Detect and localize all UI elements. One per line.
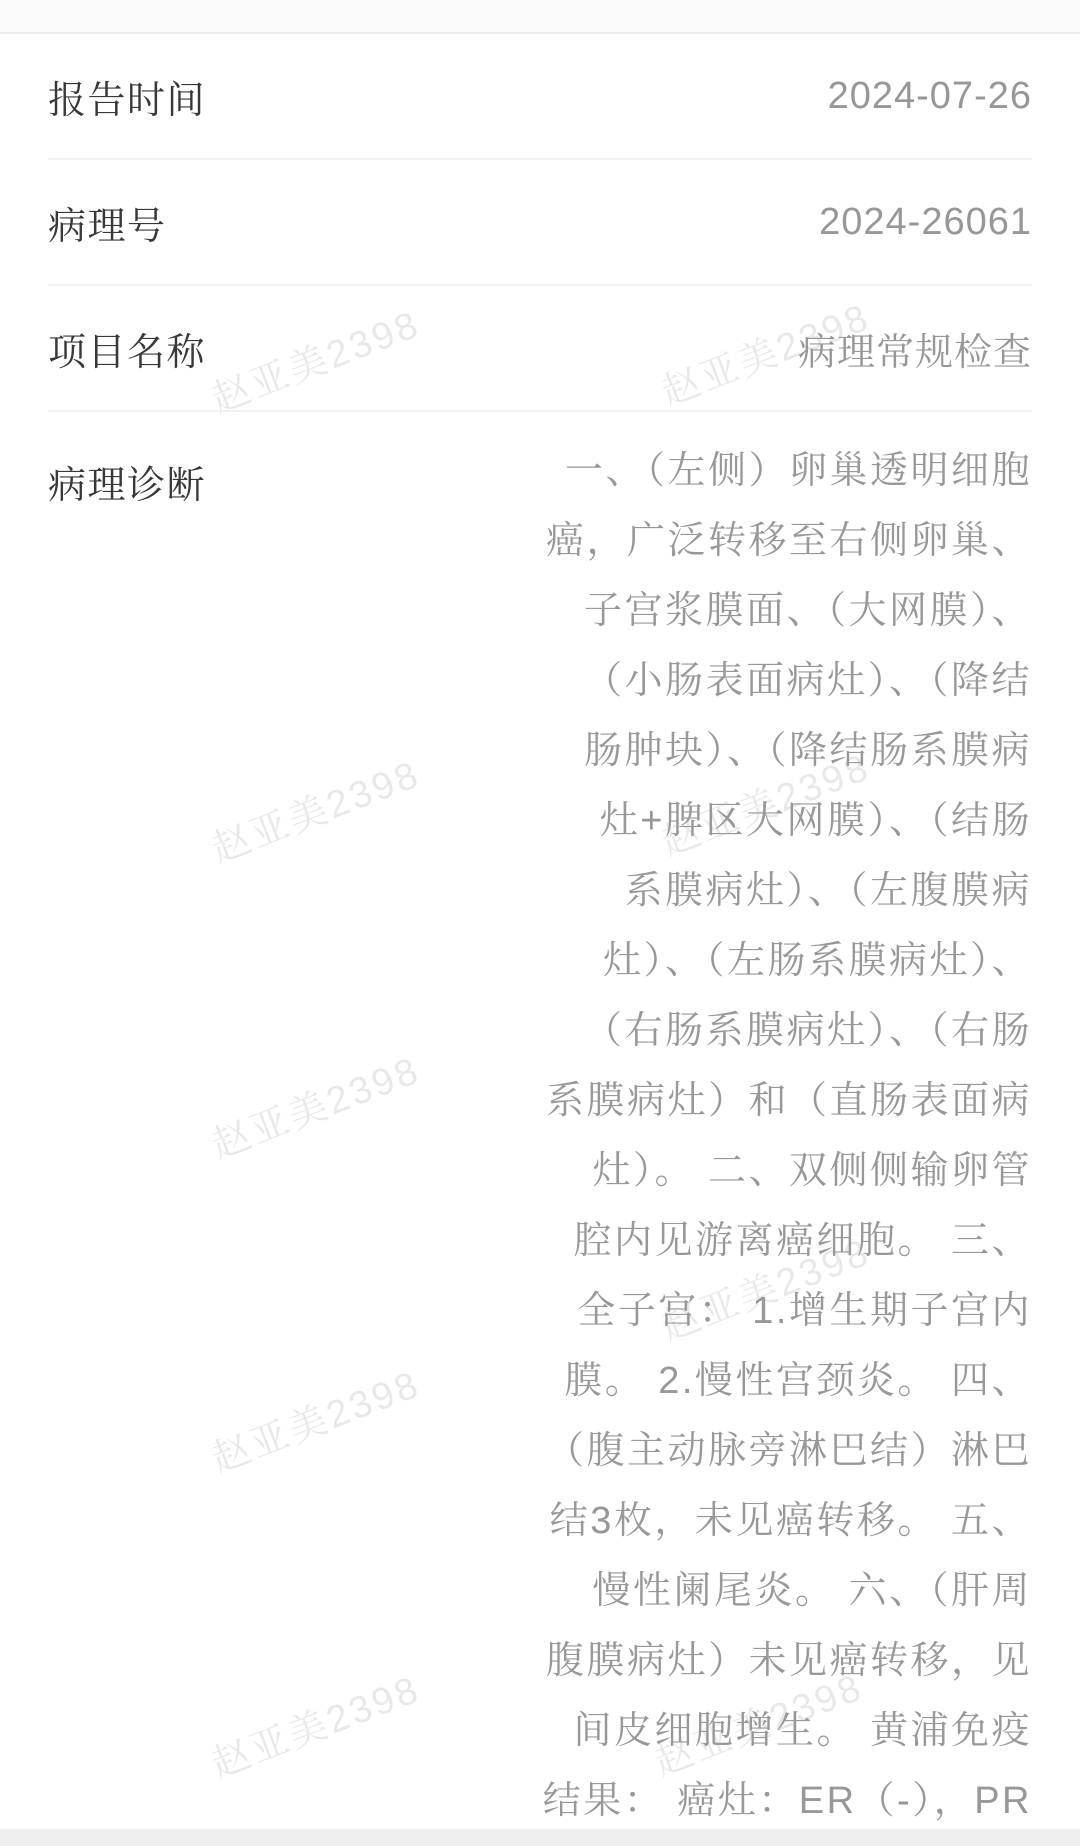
report-time-value: 2024-07-26 bbox=[828, 75, 1032, 118]
project-name-label: 项目名称 bbox=[48, 321, 206, 376]
field-row-report-time: 报告时间 2024-07-26 bbox=[48, 34, 1032, 160]
pathology-diagnosis-text: 一、（左侧）卵巢透明细胞 癌，广泛转移至右侧卵巢、 子宫浆膜面、（大网膜）、 （… bbox=[206, 436, 1032, 1836]
report-time-label: 报告时间 bbox=[48, 69, 206, 124]
bottom-band bbox=[0, 1829, 1080, 1846]
pathology-report-screen: 赵亚美2398赵亚美2398赵亚美2398赵亚美2398赵亚美2398赵亚美23… bbox=[0, 0, 1080, 1846]
field-row-pathology-number: 病理号 2024-26061 bbox=[48, 160, 1032, 286]
field-row-project-name: 项目名称 病理常规检查 bbox=[48, 286, 1032, 412]
project-name-value: 病理常规检查 bbox=[798, 321, 1032, 376]
pathology-number-label: 病理号 bbox=[48, 195, 167, 250]
top-band bbox=[0, 0, 1080, 34]
pathology-number-value: 2024-26061 bbox=[819, 201, 1032, 244]
pathology-diagnosis-label: 病理诊断 bbox=[48, 454, 206, 509]
field-row-pathology-diagnosis: 病理诊断 一、（左侧）卵巢透明细胞 癌，广泛转移至右侧卵巢、 子宫浆膜面、（大网… bbox=[48, 412, 1032, 1836]
report-fields[interactable]: 报告时间 2024-07-26 病理号 2024-26061 项目名称 病理常规… bbox=[0, 34, 1080, 1836]
